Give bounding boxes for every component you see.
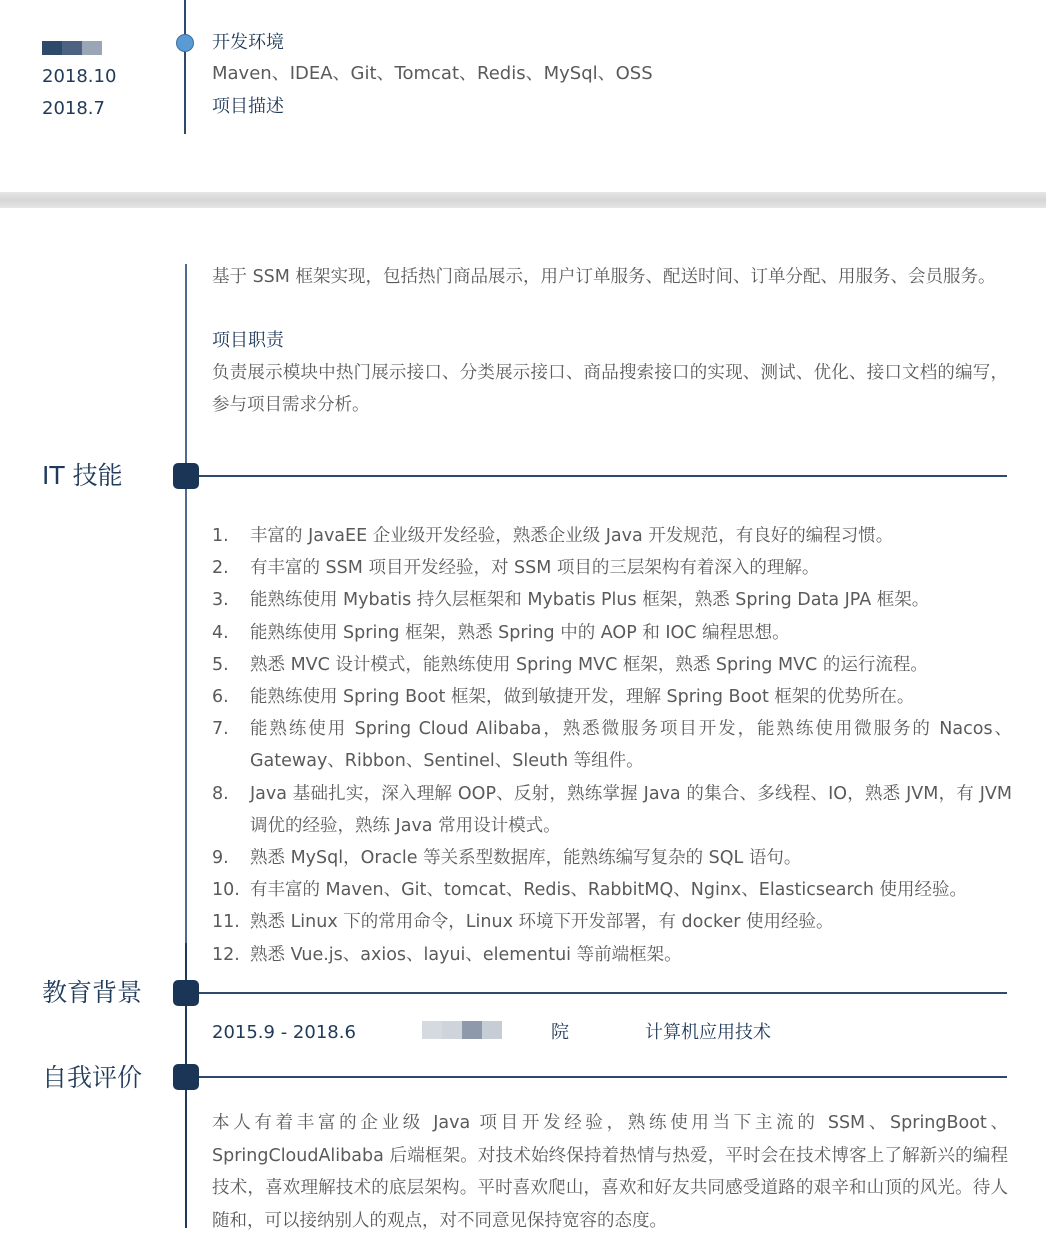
timeline-line [184,0,186,134]
list-item: 11.熟悉 Linux 下的常用命令，Linux 环境下开发部署，有 docke… [212,906,1012,938]
item-text: 能熟练使用 Mybatis 持久层框架和 Mybatis Plus 框架，熟悉 … [250,590,929,610]
self-eval-text: 本人有着丰富的企业级 Java 项目开发经验，熟练使用当下主流的 SSM、Spr… [212,1107,1008,1237]
list-item: 9.熟悉 MySql，Oracle 等关系型数据库，能熟练编写复杂的 SQL 语… [212,842,1012,874]
list-item: 3.能熟练使用 Mybatis 持久层框架和 Mybatis Plus 框架，熟… [212,584,1012,616]
list-item: 6.能熟练使用 Spring Boot 框架，做到敏捷开发，理解 Spring … [212,681,1012,713]
redact-block [82,41,102,55]
item-text: 能熟练使用 Spring Cloud Alibaba，熟悉微服务项目开发，能熟练… [250,719,1012,771]
env-label: 开发环境 [212,32,284,54]
item-number: 12. [212,939,240,971]
item-number: 2. [212,552,229,584]
desc-label: 项目描述 [212,96,284,118]
section-divider [199,1076,1007,1078]
item-text: 丰富的 JavaEE 企业级开发经验，熟悉企业级 Java 开发规范，有良好的编… [250,526,893,546]
item-number: 9. [212,842,229,874]
list-item: 2.有丰富的 SSM 项目开发经验，对 SSM 项目的三层架构有着深入的理解。 [212,552,1012,584]
school-suffix: 院 [551,1020,569,1046]
duty-label: 项目职责 [212,330,284,352]
timeline-dot-icon [176,34,194,52]
item-text: 有丰富的 SSM 项目开发经验，对 SSM 项目的三层架构有着深入的理解。 [250,558,819,578]
item-number: 11. [212,906,240,938]
section-divider [199,992,1007,994]
item-text: 熟悉 Linux 下的常用命令，Linux 环境下开发部署，有 docker 使… [250,912,834,932]
item-number: 8. [212,778,229,810]
item-number: 1. [212,520,229,552]
list-item: 4.能熟练使用 Spring 框架，熟悉 Spring 中的 AOP 和 IOC… [212,617,1012,649]
list-item: 1.丰富的 JavaEE 企业级开发经验，熟悉企业级 Java 开发规范，有良好… [212,520,1012,552]
redacted-school-name [422,1021,502,1039]
list-item: 7.能熟练使用 Spring Cloud Alibaba，熟悉微服务项目开发，能… [212,713,1012,777]
section-title-self-eval: 自我评价 [42,1063,142,1093]
item-number: 6. [212,681,229,713]
redacted-project-name [42,41,102,55]
redact-block [422,1021,442,1039]
item-number: 4. [212,617,229,649]
project-date-end: 2018.10 [42,66,116,88]
page-break [0,192,1046,208]
list-item: 8.Java 基础扎实，深入理解 OOP、反射，熟练掌握 Java 的集合、多线… [212,778,1012,842]
item-text: 熟悉 MVC 设计模式，能熟练使用 Spring MVC 框架，熟悉 Sprin… [250,655,928,675]
project-description: 基于 SSM 框架实现，包括热门商品展示，用户订单服务、配送时间、订单分配、用服… [212,261,1008,293]
redact-block [442,1021,462,1039]
timeline-line [185,264,187,944]
item-text: 熟悉 MySql，Oracle 等关系型数据库，能熟练编写复杂的 SQL 语句。 [250,848,801,868]
project-date-start: 2018.7 [42,98,105,120]
education-period: 2015.9 - 2018.6 [212,1020,356,1046]
item-number: 5. [212,649,229,681]
section-marker-icon [173,1064,199,1090]
item-text: 熟悉 Vue.js、axios、layui、elementui 等前端框架。 [250,945,682,965]
item-number: 10. [212,874,240,906]
list-item: 5.熟悉 MVC 设计模式，能熟练使用 Spring MVC 框架，熟悉 Spr… [212,649,1012,681]
redact-block [462,1021,482,1039]
project-duty: 负责展示模块中热门展示接口、分类展示接口、商品搜索接口的实现、测试、优化、接口文… [212,357,1008,421]
section-marker-icon [173,463,199,489]
section-title-education: 教育背景 [42,978,142,1008]
section-divider [199,475,1007,477]
list-item: 12.熟悉 Vue.js、axios、layui、elementui 等前端框架… [212,939,1012,971]
item-text: 能熟练使用 Spring Boot 框架，做到敏捷开发，理解 Spring Bo… [250,687,914,707]
item-text: Java 基础扎实，深入理解 OOP、反射，熟练掌握 Java 的集合、多线程、… [250,784,1012,836]
redact-block [62,41,82,55]
item-text: 有丰富的 Maven、Git、tomcat、Redis、RabbitMQ、Ngi… [250,880,967,900]
list-item: 10.有丰富的 Maven、Git、tomcat、Redis、RabbitMQ、… [212,874,1012,906]
section-title-skills: IT 技能 [42,461,123,491]
redact-block [482,1021,502,1039]
item-text: 能熟练使用 Spring 框架，熟悉 Spring 中的 AOP 和 IOC 编… [250,623,790,643]
item-number: 3. [212,584,229,616]
item-number: 7. [212,713,229,745]
redact-block [42,41,62,55]
education-major: 计算机应用技术 [645,1020,771,1046]
section-marker-icon [173,980,199,1006]
env-value: Maven、IDEA、Git、Tomcat、Redis、MySql、OSS [212,63,653,85]
skills-list: 1.丰富的 JavaEE 企业级开发经验，熟悉企业级 Java 开发规范，有良好… [212,520,1012,971]
